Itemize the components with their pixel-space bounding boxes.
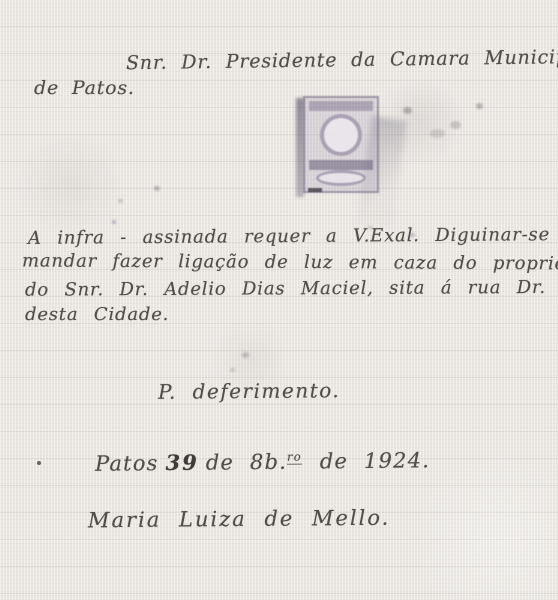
date-line: Patos39de 8b.ro de 1924. [95, 448, 430, 476]
date-day: 39 [165, 450, 198, 475]
heading-line-2: de Patos. [34, 78, 135, 99]
date-place: Patos [95, 451, 159, 476]
revenue-stamp [303, 96, 379, 193]
stamp-value-oval [316, 170, 366, 186]
stain [410, 233, 415, 237]
closing-line: P. deferimento. [158, 379, 340, 403]
stain [112, 220, 116, 224]
stamp-middle-band [309, 160, 373, 170]
date-month: de 8b. [206, 450, 287, 475]
date-year: de 1924. [320, 448, 431, 473]
stain [368, 226, 372, 229]
stain [430, 129, 445, 138]
stain [403, 107, 412, 114]
stain [450, 121, 461, 129]
heading-line-1: Snr. Dr. Presidente da Camara Municipal [126, 47, 558, 74]
stain [242, 352, 249, 358]
stamp-ink-dash [308, 188, 322, 192]
stain [476, 103, 483, 109]
body-line-4: desta Cidade. [25, 305, 169, 325]
signature-line: Maria Luiza de Mello. [88, 507, 390, 533]
ink-dot [37, 461, 41, 465]
stain [230, 368, 235, 372]
date-month-superscript: ro [287, 450, 302, 465]
scanned-document-page: Snr. Dr. Presidente da Camara Municipal … [0, 0, 558, 600]
stain [154, 186, 160, 191]
body-line-2: mandar fazer ligação de luz em caza do p… [22, 251, 558, 274]
stain [118, 199, 123, 203]
stamp-top-band [309, 101, 373, 111]
body-line-3: do Snr. Dr. Adelio Dias Maciel, sita á r… [25, 277, 558, 300]
body-line-1: A infra - assinada requer a V.Exal. Digu… [28, 225, 550, 248]
stamp-portrait-circle [320, 114, 362, 156]
